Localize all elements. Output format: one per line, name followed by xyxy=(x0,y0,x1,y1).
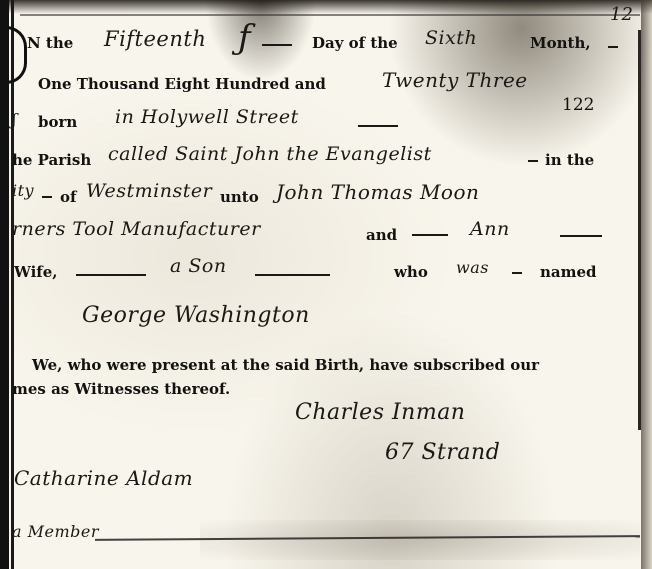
dash xyxy=(76,274,146,276)
printed-named: named xyxy=(540,263,597,281)
dash xyxy=(608,46,618,48)
margin-mark: ʃ xyxy=(12,110,16,129)
printed-wife: Wife, xyxy=(14,263,58,281)
handwritten-mother-name: Ann xyxy=(470,218,510,240)
dash xyxy=(255,274,330,276)
printed-month: Month, xyxy=(530,34,591,52)
top-rule xyxy=(20,14,640,16)
handwritten-city-fragment: ity xyxy=(12,181,34,200)
dash xyxy=(358,125,398,127)
handwritten-occupation: rners Tool Manufacturer xyxy=(12,218,261,240)
printed-who: who xyxy=(394,263,428,281)
printed-born: born xyxy=(38,113,77,131)
tick-mark: ƒ xyxy=(238,18,251,58)
handwritten-father-name: John Thomas Moon xyxy=(276,180,479,204)
witness-signature-2: Catharine Aldam xyxy=(14,466,193,490)
entry-number: 122 xyxy=(562,95,594,115)
handwritten-sex: a Son xyxy=(170,255,227,277)
handwritten-city: Westminster xyxy=(86,180,212,202)
printed-unto: unto xyxy=(220,188,259,206)
left-border xyxy=(0,0,9,569)
dash xyxy=(42,196,52,198)
right-page-edge xyxy=(641,0,652,569)
dash xyxy=(262,44,292,46)
printed-of: of xyxy=(60,188,76,206)
initial-letter-ornament xyxy=(6,26,27,84)
printed-day-of-the: Day of the xyxy=(312,34,398,52)
handwritten-birthplace: in Holywell Street xyxy=(115,106,299,128)
printed-and: and xyxy=(366,226,397,244)
dash xyxy=(560,235,602,237)
printed-in-the: in the xyxy=(545,151,594,169)
bottom-fragment: a Member xyxy=(12,522,99,541)
handwritten-month: Sixth xyxy=(425,27,477,49)
corner-page-number: 12 xyxy=(610,4,633,25)
witness-address-1: 67 Strand xyxy=(385,440,500,465)
witness-statement-line-1: We, who were present at the said Birth, … xyxy=(32,356,539,374)
dash xyxy=(412,234,448,236)
printed-one-thousand: One Thousand Eight Hundred and xyxy=(38,75,326,93)
handwritten-parish: called Saint John the Evangelist xyxy=(108,143,432,165)
printed-n-the: N the xyxy=(27,34,73,52)
bottom-smudge xyxy=(200,520,640,560)
printed-parish: he Parish xyxy=(12,151,91,169)
child-name: George Washington xyxy=(82,303,310,328)
handwritten-day: Fifteenth xyxy=(104,27,206,51)
handwritten-was: was xyxy=(456,258,489,277)
witness-signature-1: Charles Inman xyxy=(295,400,465,425)
top-shadow xyxy=(0,0,652,14)
handwritten-year: Twenty Three xyxy=(382,68,528,92)
dash xyxy=(512,272,522,274)
dash xyxy=(528,160,538,162)
register-page: 12 N the Fifteenth ƒ Day of the Sixth Mo… xyxy=(0,0,652,569)
witness-statement-line-2: mes as Witnesses thereof. xyxy=(12,380,230,398)
